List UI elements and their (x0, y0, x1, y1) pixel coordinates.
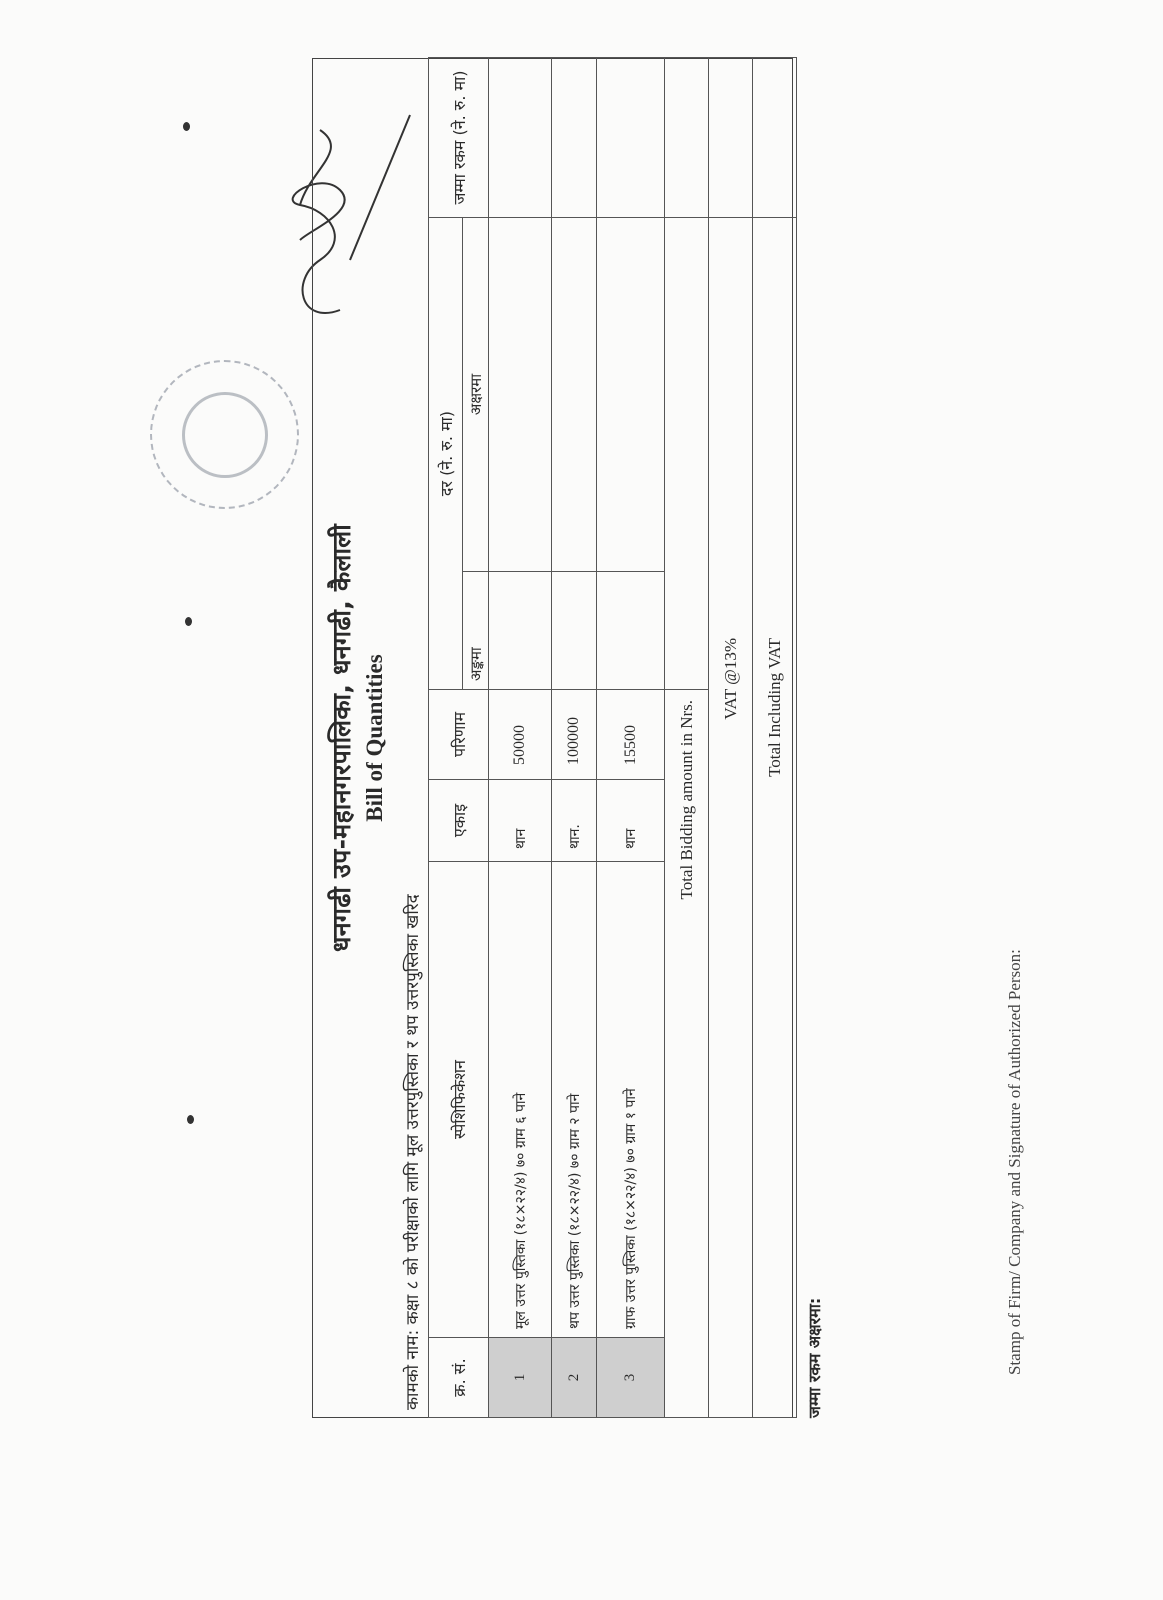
column-header-total-amount: जम्मा रकम (ने. रु. मा) (429, 58, 489, 218)
document-title: Bill of Quantities (362, 58, 388, 1418)
specification-cell: ग्राफ उत्तर पुस्तिका (१८×२२/४) ७० ग्राम … (597, 862, 665, 1338)
column-header-rate-figures: अङ्कमा (463, 572, 489, 690)
table-row: 2 थप उत्तर पुस्तिका (१८×२२/४) ७० ग्राम २… (552, 58, 597, 1418)
summary-label: VAT @13% (709, 218, 753, 1418)
total-amount-cell[interactable] (489, 58, 552, 218)
unit-cell: थान (489, 780, 552, 862)
summary-row-total-including-vat: Total Including VAT (753, 58, 797, 1418)
amount-in-words-label: जम्मा रकम अक्षरमा: (803, 1258, 829, 1418)
rate-figures-cell[interactable] (552, 572, 597, 690)
organization-title: धनगढी उप-महानगरपालिका, धनगढी, कैलाली (324, 58, 358, 1418)
quantity-cell: 50000 (489, 690, 552, 780)
summary-row-vat: VAT @13% (709, 58, 753, 1418)
quantity-cell: 15500 (597, 690, 665, 780)
work-name: कामको नाम: कक्षा ८ को परीक्षाको लागि मूल… (400, 894, 423, 1410)
column-header-specification: स्पेशिफिकेशन (429, 862, 489, 1338)
summary-label: Total Bidding amount in Nrs. (665, 690, 709, 1418)
summary-blank (665, 218, 709, 690)
column-header-serial: क्र. सं. (429, 1338, 489, 1418)
quantity-cell: 100000 (552, 690, 597, 780)
punch-hole-mark (187, 1115, 194, 1124)
rate-figures-cell[interactable] (489, 572, 552, 690)
rate-words-cell[interactable] (597, 218, 665, 572)
stamp-signature-line: Stamp of Firm/ Company and Signature of … (1005, 855, 1031, 1375)
summary-value[interactable] (753, 58, 797, 218)
rate-words-cell[interactable] (489, 218, 552, 572)
punch-hole-mark (183, 122, 190, 131)
total-amount-cell[interactable] (552, 58, 597, 218)
serial-cell: 2 (552, 1338, 597, 1418)
punch-hole-mark (185, 617, 192, 626)
unit-cell: थान. (552, 780, 597, 862)
rate-figures-cell[interactable] (597, 572, 665, 690)
unit-cell: थान (597, 780, 665, 862)
boq-table: क्र. सं. स्पेशिफिकेशन एकाइ परिणाम दर (ने… (428, 57, 797, 1418)
bill-of-quantities-page: धनगढी उप-महानगरपालिका, धनगढी, कैलाली Bil… (312, 58, 793, 1418)
official-seal (150, 360, 299, 509)
table-row: 3 ग्राफ उत्तर पुस्तिका (१८×२२/४) ७० ग्रा… (597, 58, 665, 1418)
column-header-rate: दर (ने. रु. मा) (429, 218, 463, 690)
column-header-rate-words: अक्षरमा (463, 218, 489, 572)
summary-value[interactable] (665, 58, 709, 218)
specification-cell: थप उत्तर पुस्तिका (१८×२२/४) ७० ग्राम २ प… (552, 862, 597, 1338)
column-header-quantity: परिणाम (429, 690, 489, 780)
serial-cell: 1 (489, 1338, 552, 1418)
total-amount-cell[interactable] (597, 58, 665, 218)
summary-value[interactable] (709, 58, 753, 218)
specification-cell: मूल उत्तर पुस्तिका (१८×२२/४) ७० ग्राम ६ … (489, 862, 552, 1338)
stamp-signature-label: Stamp of Firm/ Company and Signature of … (1005, 949, 1024, 1375)
serial-cell: 3 (597, 1338, 665, 1418)
summary-label: Total Including VAT (753, 218, 797, 1418)
table-row: 1 मूल उत्तर पुस्तिका (१८×२२/४) ७० ग्राम … (489, 58, 552, 1418)
column-header-unit: एकाइ (429, 780, 489, 862)
summary-row-total-bidding: Total Bidding amount in Nrs. (665, 58, 709, 1418)
rate-words-cell[interactable] (552, 218, 597, 572)
